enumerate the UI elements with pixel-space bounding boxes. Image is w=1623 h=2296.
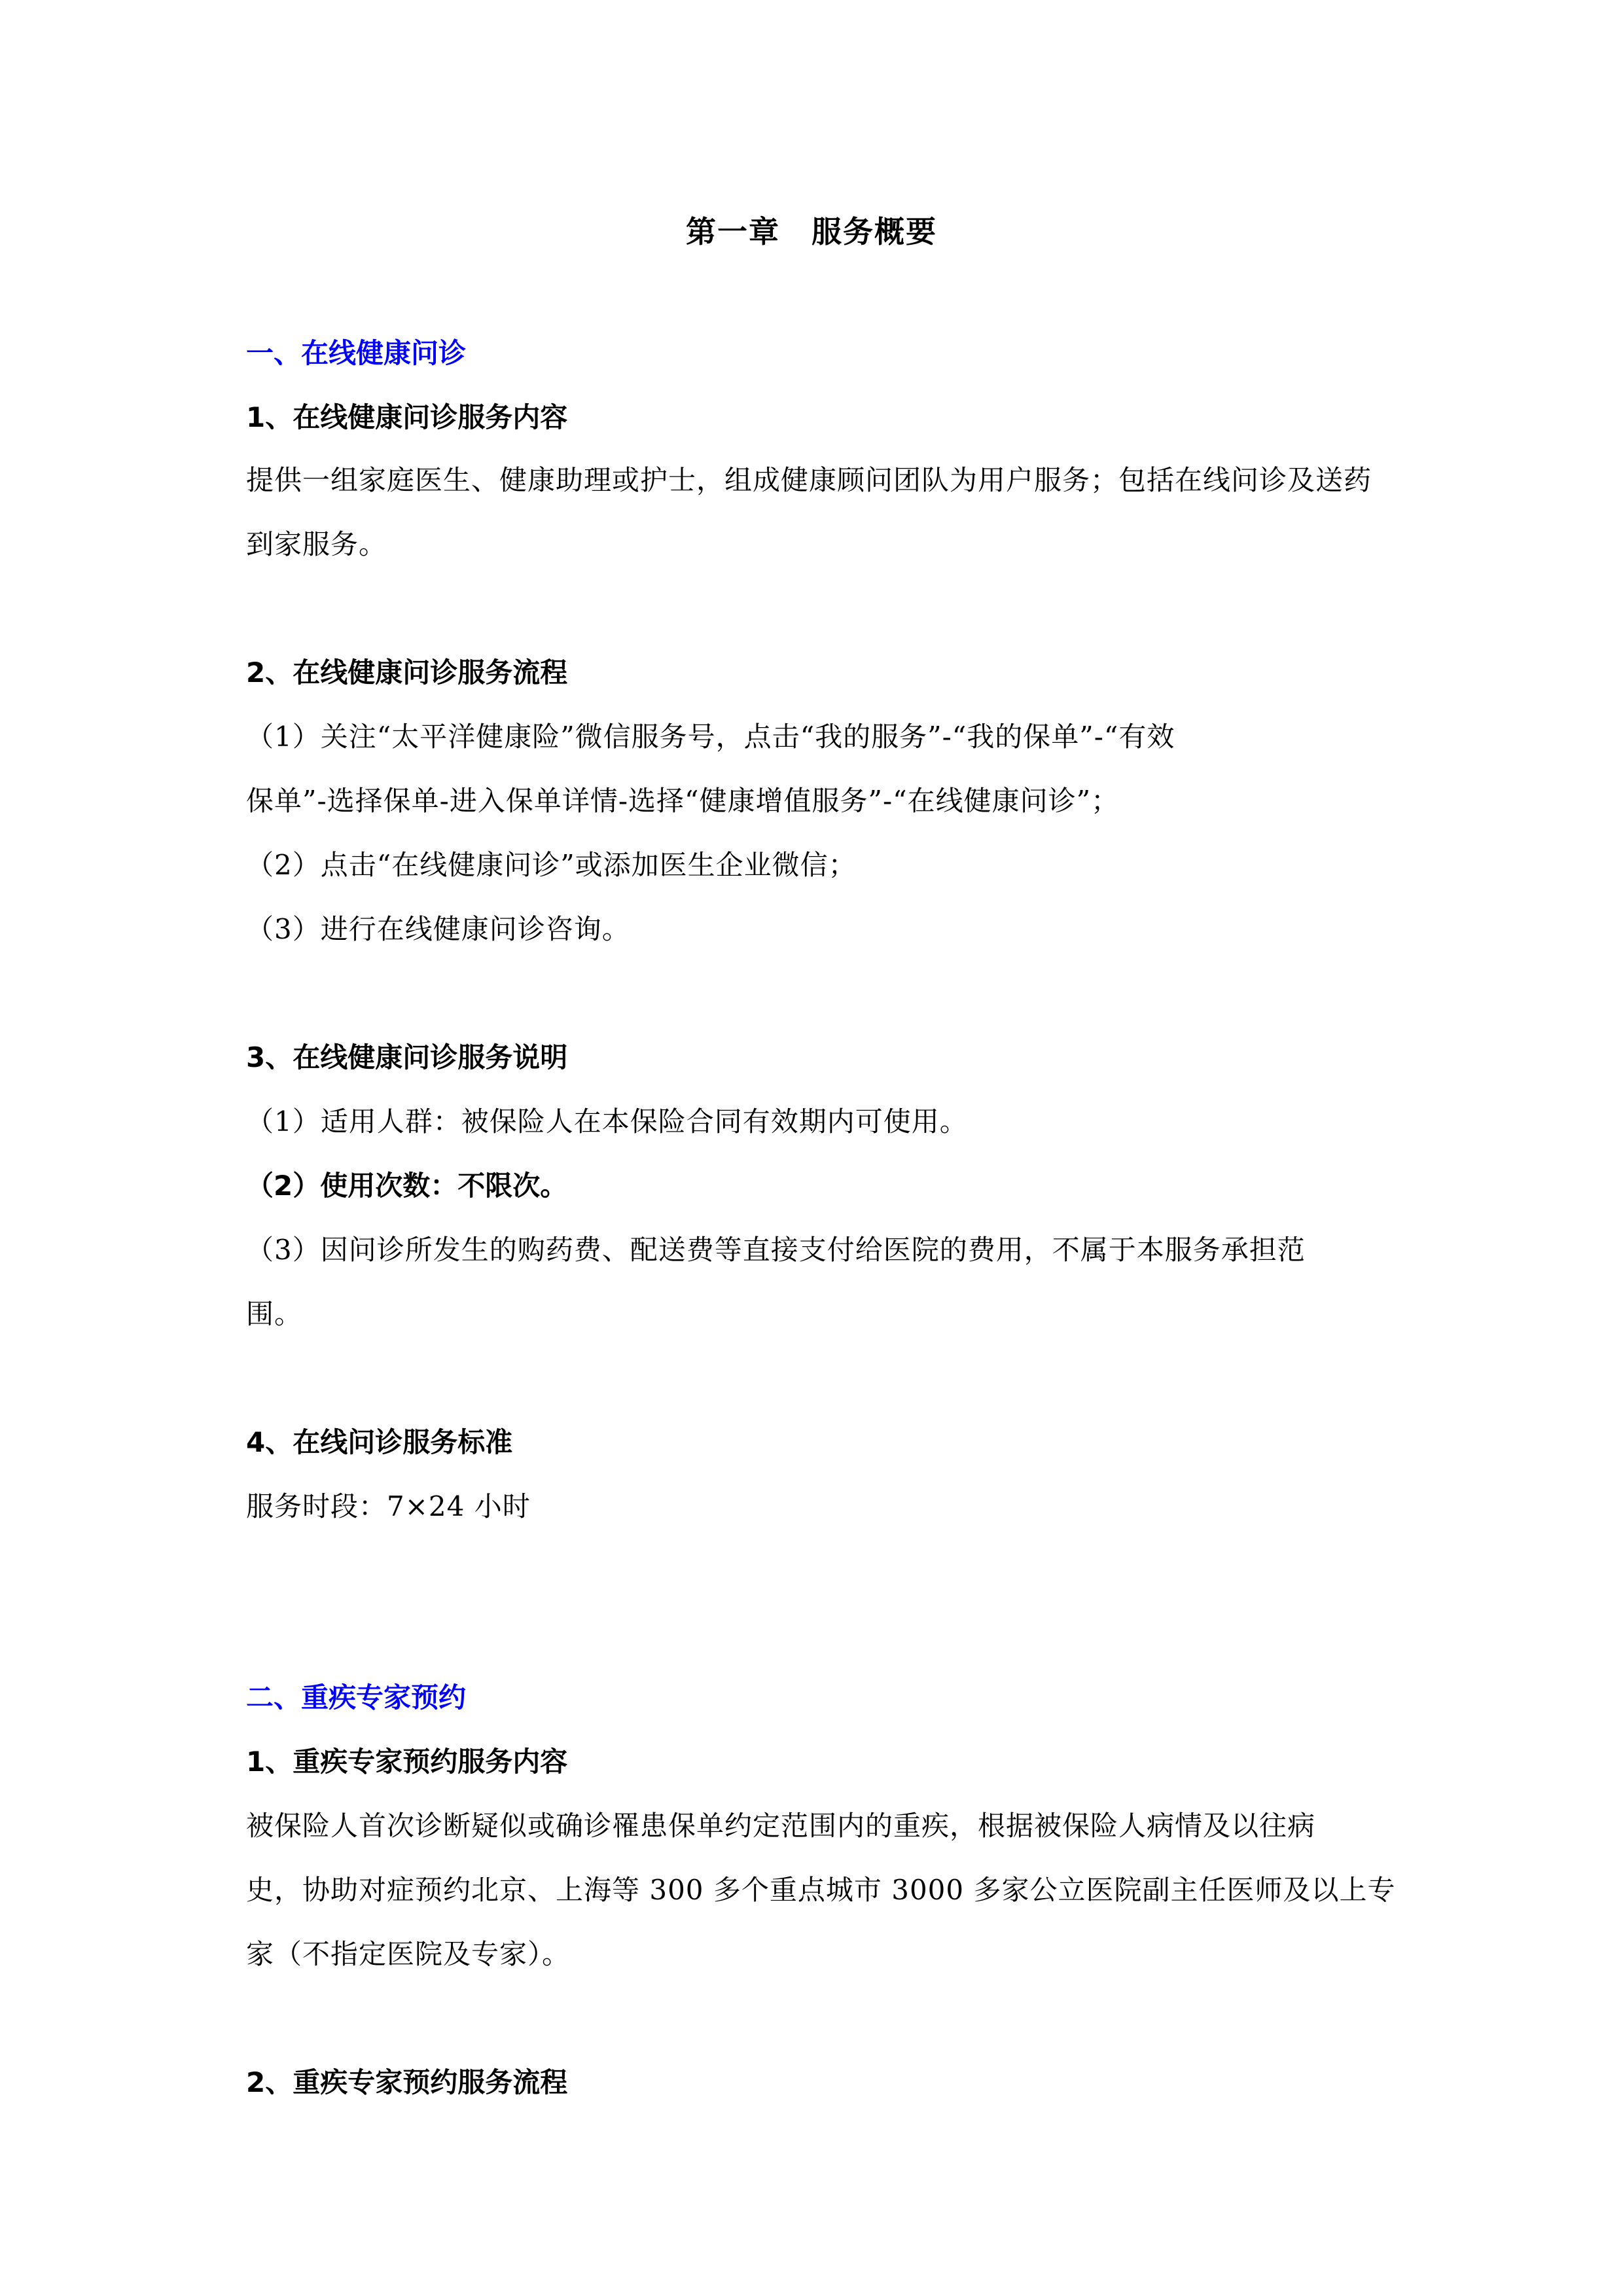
list-item-fee-exclusion-cont: 围。: [246, 1296, 1398, 1333]
list-item-eligible-people: （1）适用人群：被保险人在本保险合同有效期内可使用。: [246, 1103, 1398, 1140]
section-heading-online-consultation: 一、在线健康问诊: [246, 335, 1398, 372]
section-heading-expert-appointment: 二、重疾专家预约: [246, 1679, 1398, 1716]
paragraph-line: 家（不指定医院及专家）。: [246, 1936, 1398, 1973]
list-item-step-2: （2）点击“在线健康问诊”或添加医生企业微信；: [246, 847, 1398, 884]
subsection-heading-service-standard: 4、在线问诊服务标准: [246, 1424, 1398, 1461]
paragraph-line: 到家服务。: [246, 526, 1398, 563]
paragraph-line: 提供一组家庭医生、健康助理或护士，组成健康顾问团队为用户服务；包括在线问诊及送药: [246, 462, 1398, 499]
list-item-fee-exclusion: （3）因问诊所发生的购药费、配送费等直接支付给医院的费用，不属于本服务承担范: [246, 1232, 1398, 1268]
subsection-heading-expert-process: 2、重疾专家预约服务流程: [246, 2064, 1398, 2101]
list-item-usage-count: （2）使用次数：不限次。: [246, 1168, 1398, 1204]
list-item-step-1: （1）关注“太平洋健康险”微信服务号，点击“我的服务”-“我的保单”-“有效: [246, 719, 1398, 755]
list-item-step-3: （3）进行在线健康问诊咨询。: [246, 911, 1398, 948]
subsection-heading-service-content: 1、在线健康问诊服务内容: [246, 399, 1398, 436]
subsection-heading-service-process: 2、在线健康问诊服务流程: [246, 655, 1398, 691]
document-page: 第一章 服务概要 一、在线健康问诊 1、在线健康问诊服务内容 提供一组家庭医生、…: [0, 0, 1623, 2296]
list-item-step-1-cont: 保单”-选择保单-进入保单详情-选择“健康增值服务”-“在线健康问诊”；: [246, 783, 1398, 819]
subsection-heading-expert-content: 1、重疾专家预约服务内容: [246, 1744, 1398, 1780]
service-hours: 服务时段：7×24 小时: [246, 1488, 1398, 1525]
paragraph-line: 被保险人首次诊断疑似或确诊罹患保单约定范围内的重疾，根据被保险人病情及以往病: [246, 1808, 1398, 1844]
chapter-title: 第一章 服务概要: [0, 208, 1623, 251]
paragraph-line: 史，协助对症预约北京、上海等 300 多个重点城市 3000 多家公立医院副主任…: [246, 1872, 1398, 1909]
subsection-heading-service-notes: 3、在线健康问诊服务说明: [246, 1039, 1398, 1076]
